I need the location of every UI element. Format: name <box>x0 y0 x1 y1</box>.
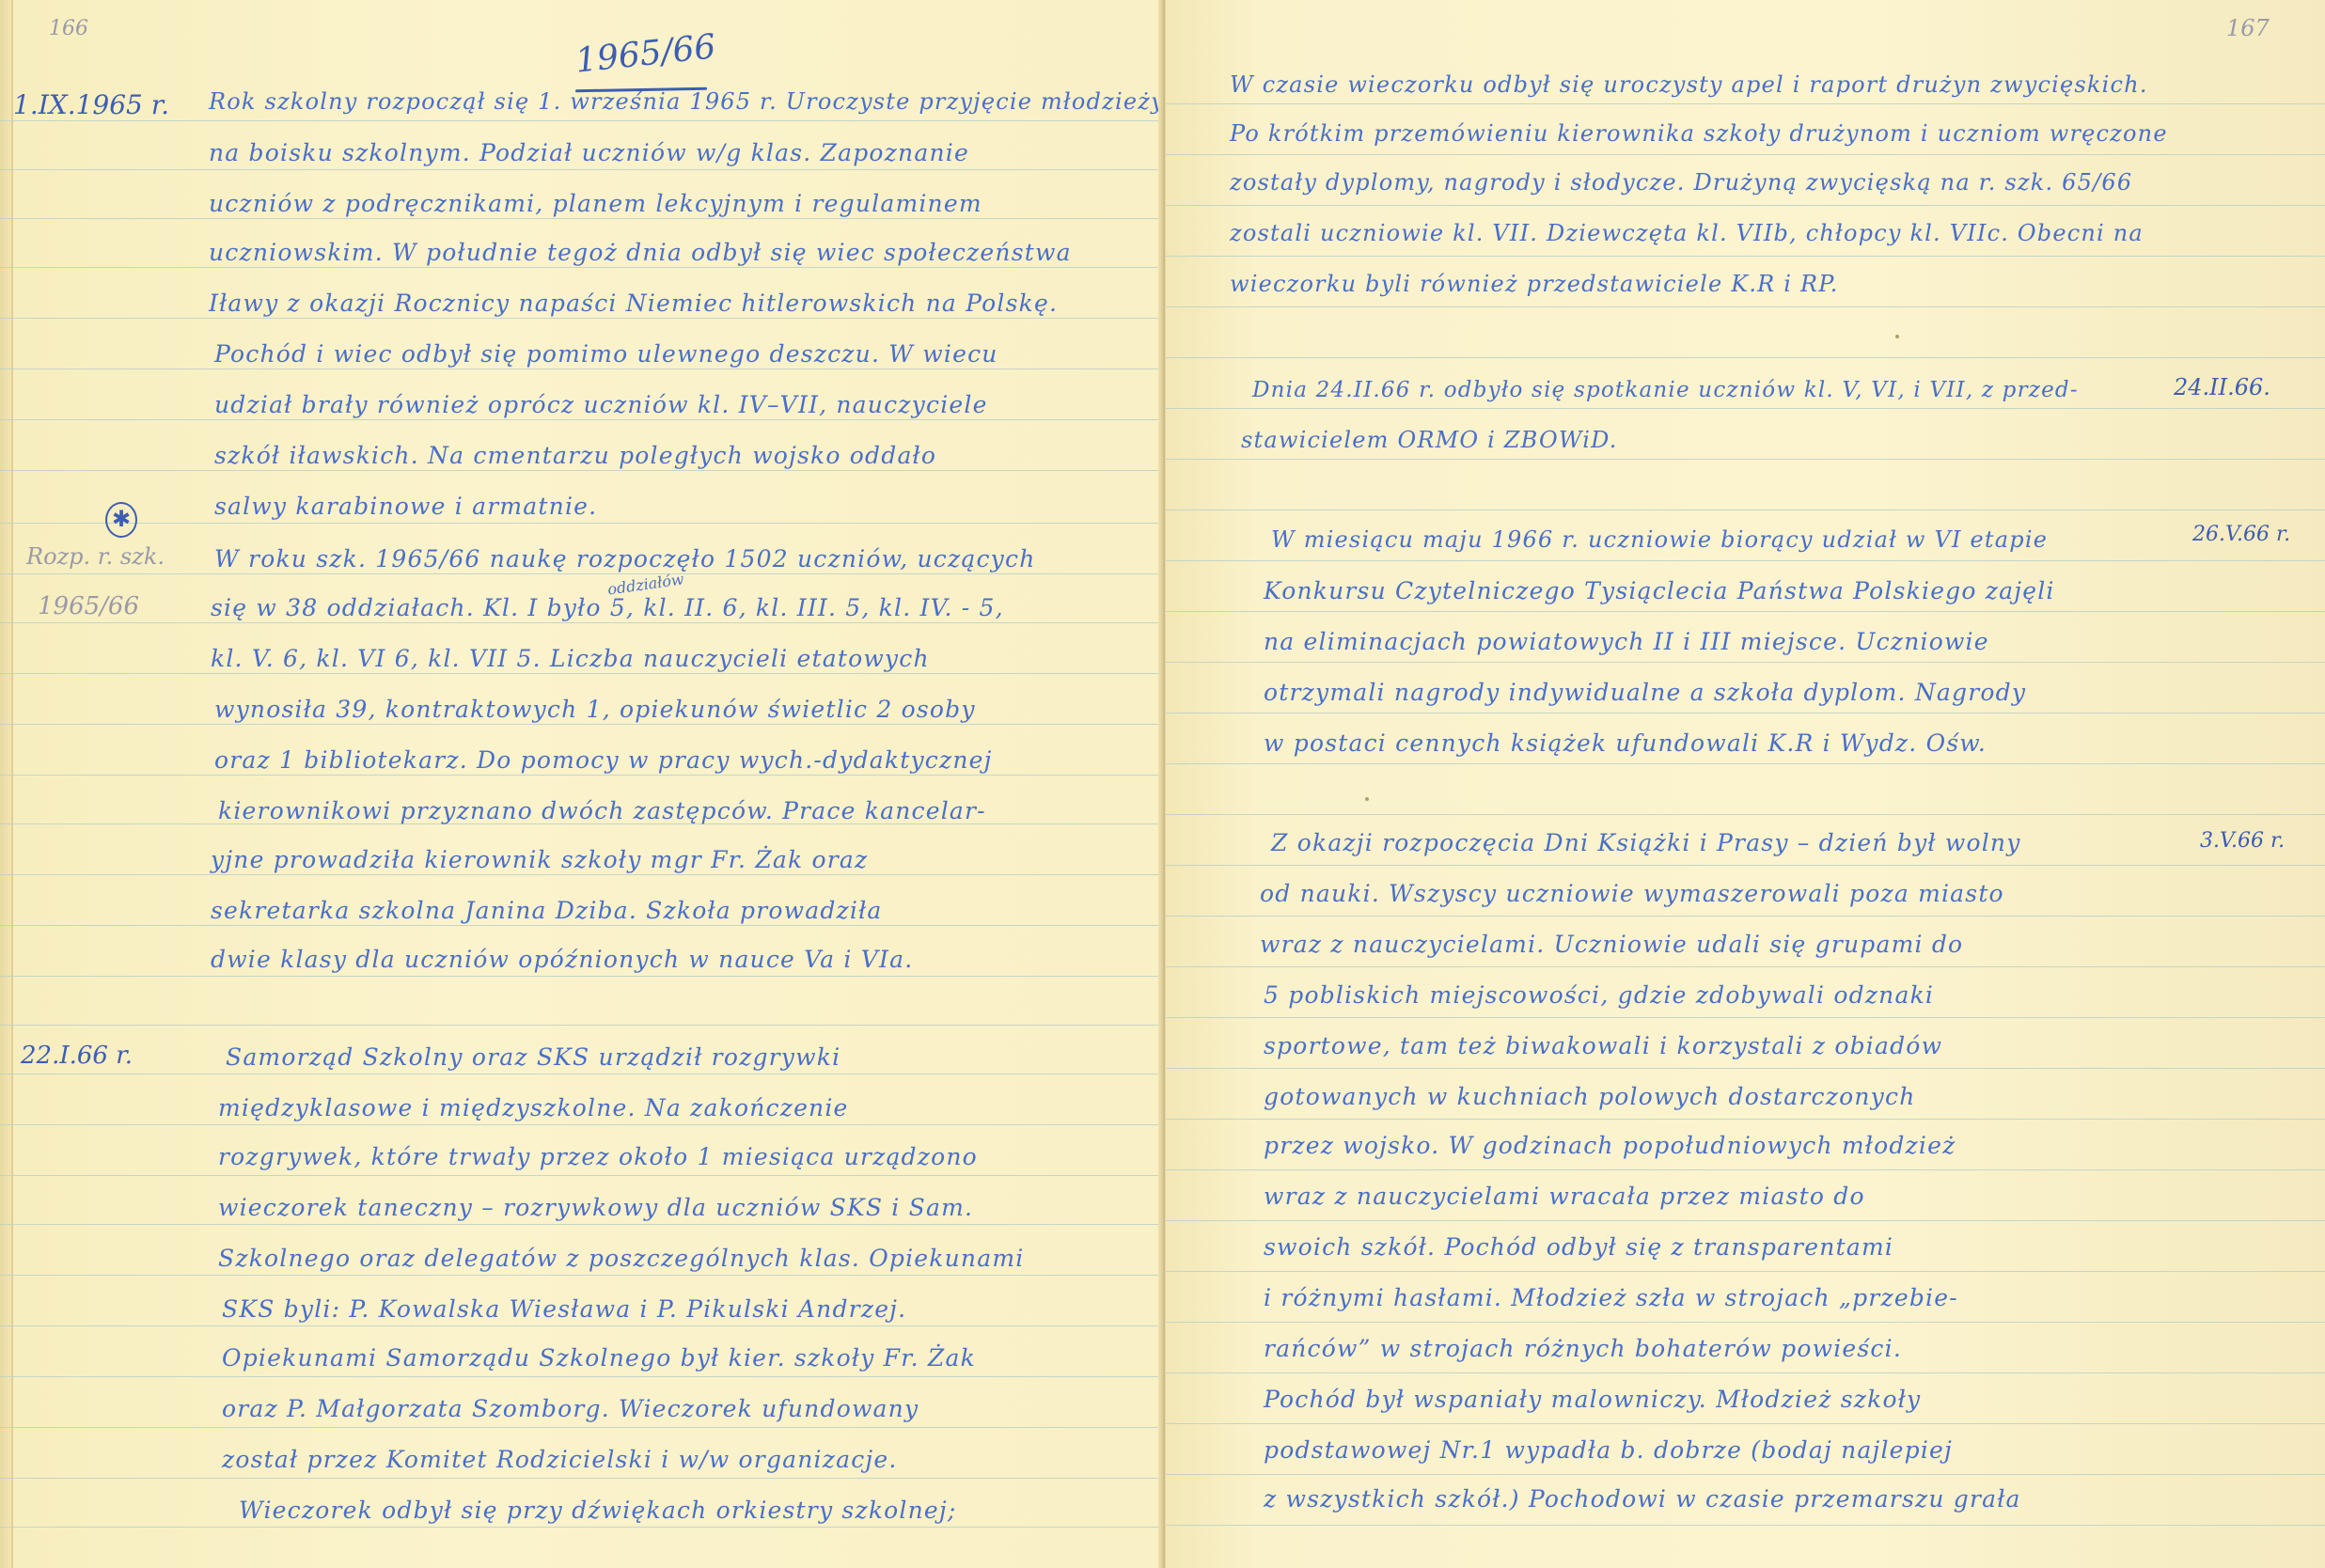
text-line: oraz 1 bibliotekarz. Do pomocy w pracy w… <box>214 748 993 772</box>
text-line: uczniów z podręcznikami, planem lekcyjny… <box>209 192 982 215</box>
ruled-line <box>0 1325 1164 1326</box>
ruled-line <box>1166 763 2325 764</box>
ruled-line <box>0 1275 1164 1276</box>
ruled-line <box>0 1175 1164 1176</box>
ruled-line <box>0 1527 1164 1528</box>
text-line: od nauki. Wszyscy uczniowie wymaszerowal… <box>1260 882 2004 905</box>
ruled-line <box>0 523 1164 524</box>
ruled-line <box>0 1224 1164 1225</box>
ruled-line <box>1166 1271 2325 1272</box>
ruled-line <box>1166 865 2325 866</box>
text-line: Szkolnego oraz delegatów z poszczególnyc… <box>218 1247 1024 1270</box>
text-line: 5 pobliskich miejscowości, gdzie zdobywa… <box>1264 983 1934 1007</box>
text-line: na boisku szkolnym. Podział uczniów w/g … <box>209 141 969 165</box>
text-line: wieczorku byli również przedstawiciele K… <box>1230 273 1839 295</box>
ruled-line <box>0 1124 1164 1125</box>
ruled-line <box>0 120 1164 121</box>
text-line: przez wojsko. W godzinach popołudniowych… <box>1264 1134 1956 1157</box>
text-line: z wszystkich szkół.) Pochodowi w czasie … <box>1264 1487 2021 1511</box>
ruled-line <box>1166 357 2325 358</box>
chi-rho-symbol: ✱ <box>105 502 137 538</box>
ruled-line <box>0 573 1164 574</box>
text-line: W czasie wieczorku odbył się uroczysty a… <box>1230 73 2148 96</box>
text-line: oraz P. Małgorzata Szomborg. Wieczorek u… <box>222 1397 919 1420</box>
ruled-line <box>0 1074 1164 1074</box>
ruled-line <box>1166 510 2325 510</box>
ruled-line <box>0 318 1164 319</box>
text-line: kl. V. 6, kl. VI 6, kl. VII 5. Liczba na… <box>211 647 930 670</box>
text-line: SKS byli: P. Kowalska Wiesława i P. Piku… <box>222 1297 906 1321</box>
text-line: Samorząd Szkolny oraz SKS urządził rozgr… <box>226 1045 840 1069</box>
text-line: Konkursu Czytelniczego Tysiąclecia Państ… <box>1264 579 2055 603</box>
ruled-line <box>0 470 1164 471</box>
text-line: sekretarka szkolna Janina Dziba. Szkoła … <box>211 899 883 922</box>
text-line: W miesiącu maju 1966 r. uczniowie biorąc… <box>1271 528 2048 551</box>
page-edge-line <box>11 0 13 1568</box>
margin-date: 1.IX.1965 r. <box>13 92 169 118</box>
text-line: yjne prowadziła kierownik szkoły mgr Fr.… <box>211 848 868 871</box>
ruled-line <box>1166 459 2325 460</box>
text-line: Rok szkolny rozpoczął się 1. września 19… <box>209 90 1164 113</box>
text-line: rozgrywek, które trwały przez około 1 mi… <box>218 1145 978 1168</box>
text-line: i różnymi hasłami. Młodzież szła w stroj… <box>1264 1286 1958 1309</box>
ruled-line <box>1166 1068 2325 1069</box>
ruled-line <box>0 724 1164 725</box>
text-line: wraz z nauczycielami wracała przez miast… <box>1264 1184 1865 1208</box>
text-line: salwy karabinowe i armatnie. <box>214 494 597 518</box>
text-line: Z okazji rozpoczęcia Dni Książki i Prasy… <box>1271 831 2021 855</box>
ruled-line <box>1166 1474 2325 1475</box>
margin-date: 24.II.66. <box>2174 376 2270 399</box>
ruled-line <box>0 1025 1164 1026</box>
ruled-line <box>0 368 1164 369</box>
ruled-line <box>1166 662 2325 663</box>
ruled-line <box>1166 1169 2325 1170</box>
ruled-line <box>1166 966 2325 967</box>
ruled-line <box>0 419 1164 420</box>
text-line: Iławy z okazji Rocznicy napaści Niemiec … <box>209 291 1058 315</box>
left-page: 166 1965/66 1.IX.1965 r. ✱ Rozp. r. szk.… <box>0 0 1164 1568</box>
text-line: wynosiła 39, kontraktowych 1, opiekunów … <box>214 698 976 721</box>
ruled-line <box>1166 1017 2325 1018</box>
ruled-line <box>1166 1423 2325 1424</box>
page-number: 166 <box>49 19 88 39</box>
text-line: kierownikowi przyznano dwóch zastępców. … <box>218 799 986 823</box>
text-line: wraz z nauczycielami. Uczniowie udali si… <box>1260 933 1963 956</box>
ruled-line <box>0 622 1164 623</box>
ruled-line <box>1166 916 2325 917</box>
right-page: 167 W czasie wieczorku odbył się uroczys… <box>1166 0 2325 1568</box>
text-line: szkół iławskich. Na cmentarzu poległych … <box>214 444 936 467</box>
notebook-spread: 166 1965/66 1.IX.1965 r. ✱ Rozp. r. szk.… <box>0 0 2325 1568</box>
ruled-line <box>1166 611 2325 612</box>
ruled-line <box>0 1427 1164 1428</box>
ruled-line <box>0 976 1164 977</box>
text-line: swoich szkół. Pochód odbył się z transpa… <box>1264 1235 1893 1259</box>
text-line: zostały dyplomy, nagrody i słodycze. Dru… <box>1230 171 2132 194</box>
paper-stain <box>1365 797 1369 801</box>
text-line: Pochód i wiec odbył się pomimo ulewnego … <box>214 342 998 366</box>
text-line: Po krótkim przemówieniu kierownika szkoł… <box>1230 122 2168 145</box>
ruled-line <box>1166 1220 2325 1221</box>
text-line: w postaci cennych książek ufundowali K.R… <box>1264 731 1987 755</box>
ruled-line <box>0 673 1164 674</box>
ruled-line <box>1166 306 2325 307</box>
ruled-line <box>1166 205 2325 206</box>
ruled-line <box>1166 1525 2325 1526</box>
text-line: sportowe, tam też biwakowali i korzystal… <box>1264 1034 1942 1058</box>
text-line: zostali uczniowie kl. VII. Dziewczęta kl… <box>1230 222 2144 244</box>
text-line: stawicielem ORMO i ZBOWiD. <box>1241 429 1618 451</box>
text-line: na eliminacjach powiatowych II i III mie… <box>1264 630 1989 653</box>
ruled-line <box>1166 814 2325 815</box>
text-line: Pochód był wspaniały malowniczy. Młodzie… <box>1264 1388 1921 1411</box>
text-line: rańców” w strojach różnych bohaterów pow… <box>1264 1337 1902 1360</box>
text-line: udział brały również oprócz uczniów kl. … <box>214 393 988 416</box>
margin-date: 3.V.66 r. <box>2200 831 2285 852</box>
year-title: 1965/66 <box>574 30 718 78</box>
pencil-note: 1965/66 <box>38 594 139 619</box>
ruled-line <box>1166 154 2325 155</box>
margin-date: 26.V.66 r. <box>2192 525 2290 545</box>
text-line: otrzymali nagrody indywidualne a szkoła … <box>1264 681 2026 704</box>
ruled-line <box>0 218 1164 219</box>
text-line: Dnia 24.II.66 r. odbyło się spotkanie uc… <box>1252 380 2079 401</box>
margin-date: 22.I.66 r. <box>21 1043 133 1068</box>
ruled-line <box>0 1376 1164 1377</box>
pencil-note: Rozp. r. szk. <box>26 545 165 568</box>
ruled-line <box>1166 1372 2325 1373</box>
ruled-line <box>1166 713 2325 713</box>
text-line: W roku szk. 1965/66 naukę rozpoczęło 150… <box>214 547 1036 571</box>
text-line: Opiekunami Samorządu Szkolnego był kier.… <box>222 1346 976 1370</box>
text-line: się w 38 oddziałach. Kl. I było 5, kl. I… <box>211 596 1004 619</box>
ruled-line <box>1166 1322 2325 1323</box>
ruled-line <box>0 1478 1164 1479</box>
ruled-line <box>1166 103 2325 104</box>
text-line: dwie klasy dla uczniów opóźnionych w nau… <box>211 948 913 971</box>
text-line: Wieczorek odbył się przy dźwiękach orkie… <box>239 1498 956 1522</box>
ruled-line <box>0 775 1164 776</box>
text-line: międzyklasowe i międzyszkolne. Na zakońc… <box>218 1096 849 1120</box>
page-number: 167 <box>2226 17 2270 39</box>
text-line: uczniowskim. W południe tegoż dnia odbył… <box>209 241 1072 264</box>
text-line: został przez Komitet Rodzicielski i w/w … <box>222 1448 898 1471</box>
ruled-line <box>0 267 1164 268</box>
ruled-line <box>1166 560 2325 561</box>
text-line: gotowanych w kuchniach polowych dostarcz… <box>1264 1085 1916 1108</box>
ruled-line <box>1166 256 2325 257</box>
ruled-line <box>0 874 1164 875</box>
ruled-line <box>0 169 1164 170</box>
text-line: podstawowej Nr.1 wypadła b. dobrze (boda… <box>1264 1438 1953 1462</box>
paper-stain <box>1895 335 1899 338</box>
ruled-line <box>0 925 1164 926</box>
text-line: wieczorek taneczny – rozrywkowy dla uczn… <box>218 1196 973 1219</box>
ruled-line <box>1166 1119 2325 1120</box>
ruled-line <box>1166 408 2325 409</box>
